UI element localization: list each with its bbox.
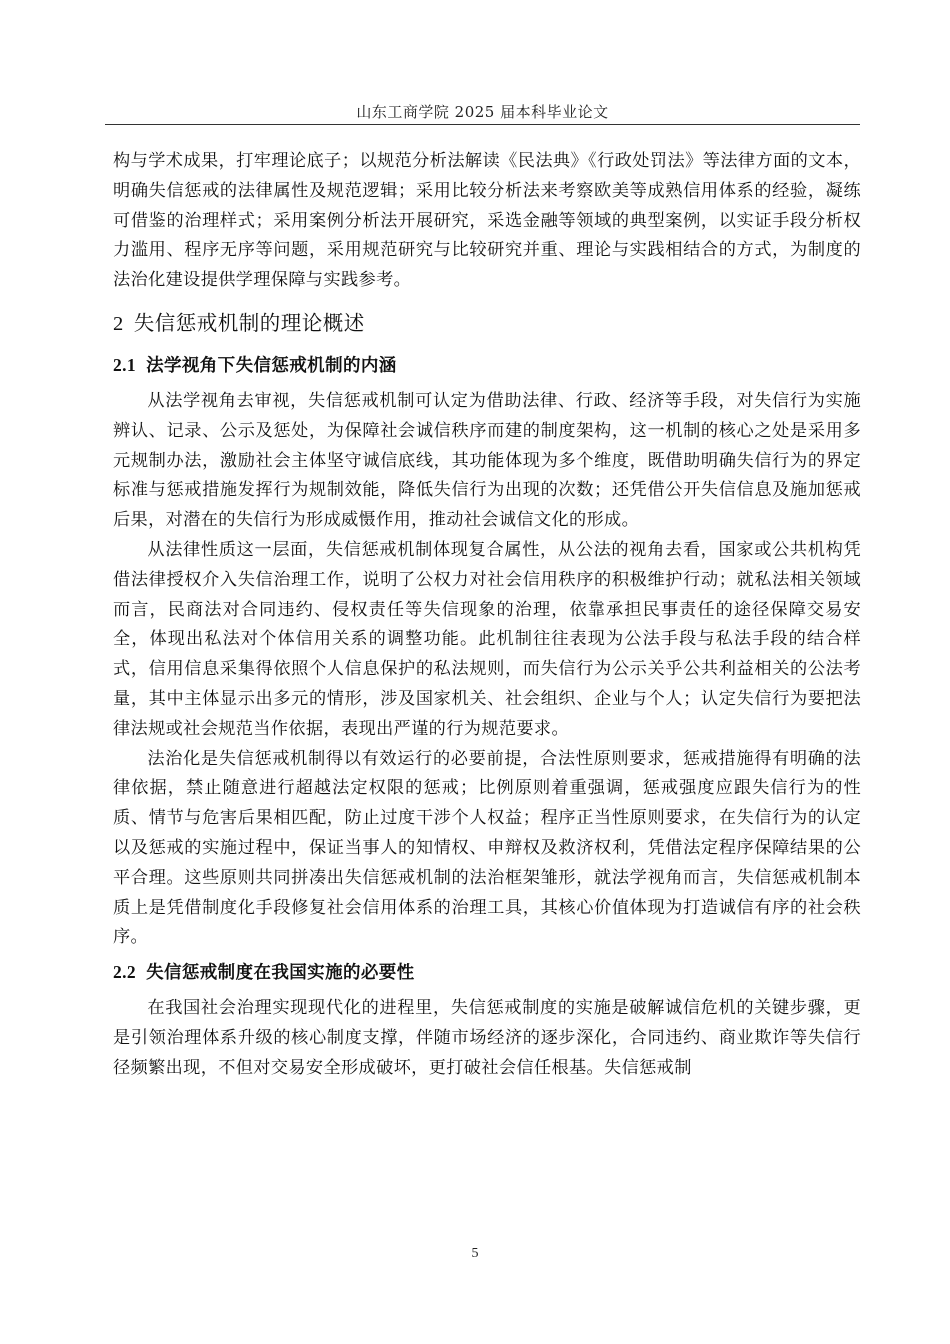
running-header: 山东工商学院 2025 届本科毕业论文	[105, 103, 860, 121]
body-paragraph: 从法律性质这一层面，失信惩戒机制体现复合属性，从公法的视角去看，国家或公共机构凭…	[113, 536, 861, 745]
section-heading-2-1: 2.1法学视角下失信惩戒机制的内涵	[113, 350, 861, 381]
intro-paragraph: 构与学术成果，打牢理论底子；以规范分析法解读《民法典》《行政处罚法》等法律方面的…	[113, 147, 861, 296]
section-title: 法学视角下失信惩戒机制的内涵	[146, 356, 397, 376]
page-number: 5	[0, 1246, 950, 1262]
body-paragraph: 法治化是失信惩戒机制得以有效运行的必要前提，合法性原则要求，惩戒措施得有明确的法…	[113, 745, 861, 954]
document-page: 山东工商学院 2025 届本科毕业论文 构与学术成果，打牢理论底子；以规范分析法…	[0, 0, 950, 1344]
chapter-number: 2	[113, 313, 124, 335]
chapter-title: 失信惩戒机制的理论概述	[134, 311, 365, 335]
section-heading-2-2: 2.2失信惩戒制度在我国实施的必要性	[113, 957, 861, 988]
document-body: 构与学术成果，打牢理论底子；以规范分析法解读《民法典》《行政处罚法》等法律方面的…	[113, 147, 861, 1084]
section-number: 2.1	[113, 355, 136, 375]
header-divider	[105, 124, 860, 125]
section-number: 2.2	[113, 962, 136, 982]
body-paragraph: 在我国社会治理实现现代化的进程里，失信惩戒制度的实施是破解诚信危机的关键步骤，更…	[113, 994, 861, 1083]
section-title: 失信惩戒制度在我国实施的必要性	[146, 963, 415, 983]
body-paragraph: 从法学视角去审视，失信惩戒机制可认定为借助法律、行政、经济等手段，对失信行为实施…	[113, 387, 861, 536]
chapter-heading: 2失信惩戒机制的理论概述	[113, 308, 861, 346]
